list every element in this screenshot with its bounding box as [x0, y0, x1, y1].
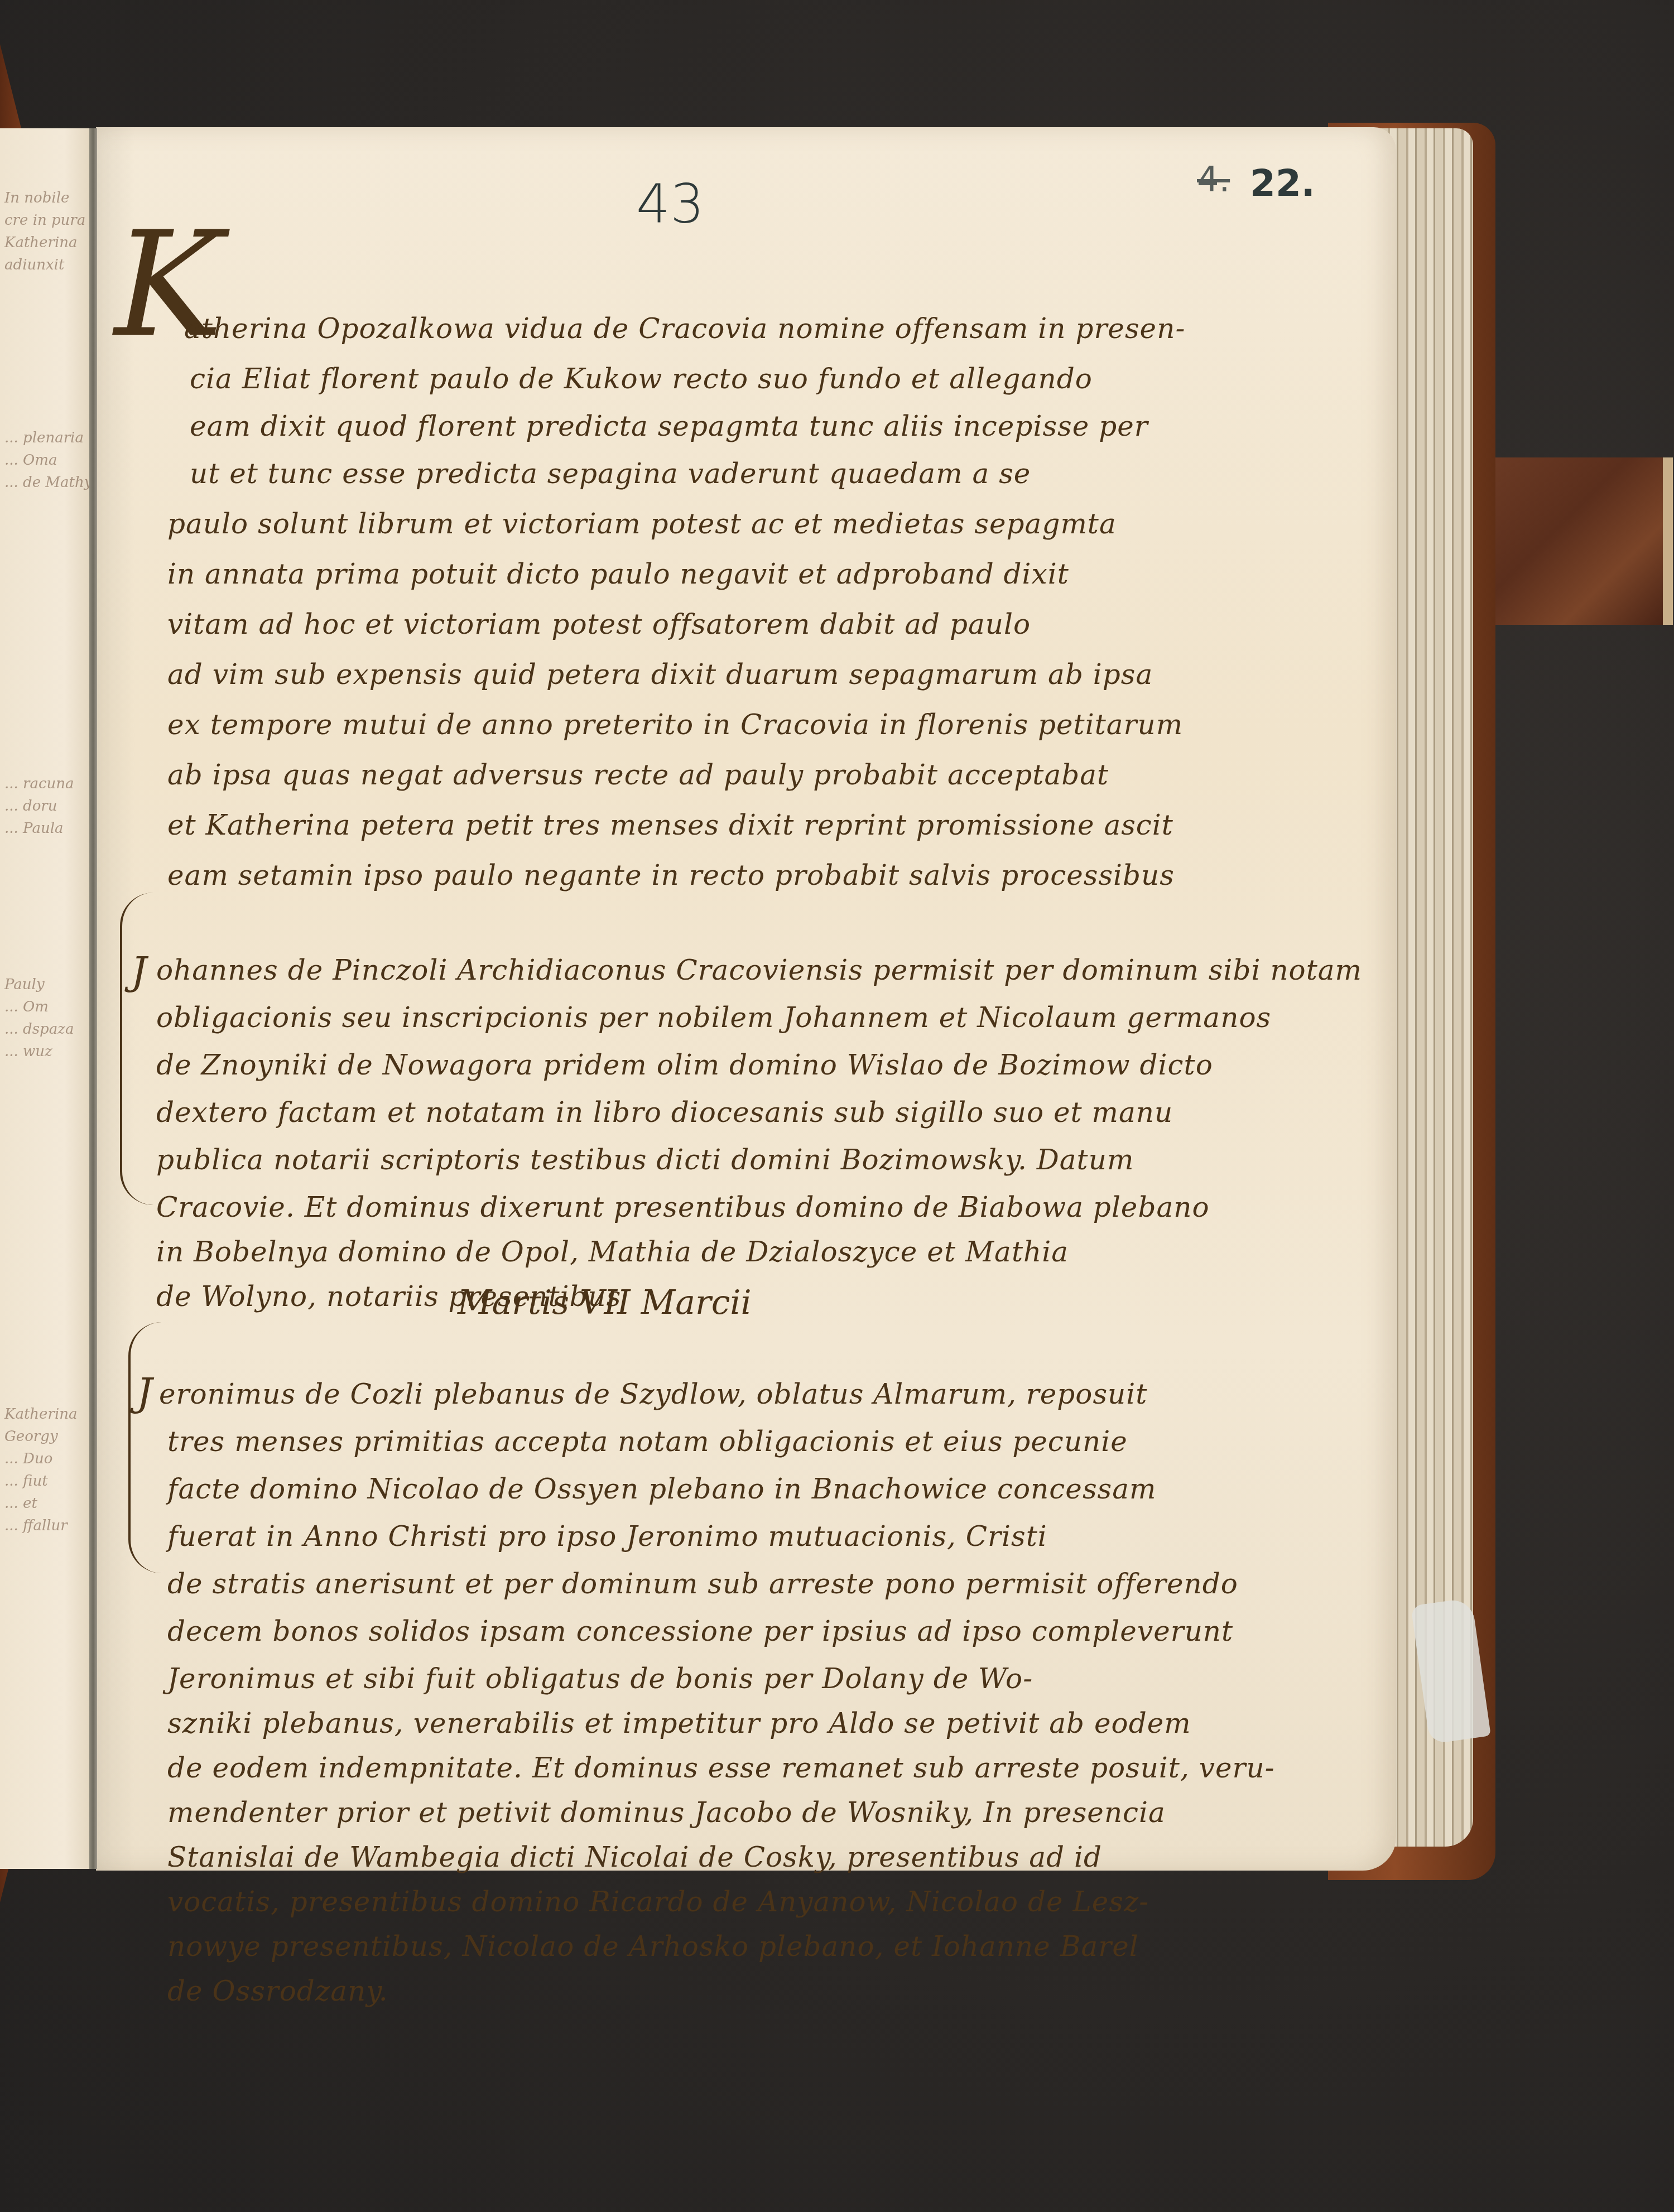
text-line: obligacionis seu inscripcionis per nobil…	[156, 1001, 1271, 1034]
text-line: decem bonos solidos ipsam concessione pe…	[167, 1615, 1233, 1647]
text-line: dextero factam et notatam in libro dioce…	[156, 1096, 1173, 1129]
text-line: de Znoyniki de Nowagora pridem olim domi…	[156, 1049, 1213, 1081]
text-line: eronimus de Cozli plebanus de Szydlow, o…	[159, 1378, 1147, 1410]
entry-initial: J	[137, 1370, 152, 1415]
text-line: Stanislai de Wambegia dicti Nicolai de C…	[167, 1841, 1102, 1873]
margin-note: ... Oma	[4, 452, 57, 469]
text-line: in annata prima potuit dicto paulo negav…	[167, 558, 1069, 590]
margin-note: ... ffallur	[4, 1517, 68, 1534]
margin-note: ... Duo	[4, 1450, 52, 1467]
margin-note: adiunxit	[4, 257, 64, 273]
previous-page-edge: In nobile cre in pura Katherina adiunxit…	[0, 128, 92, 1869]
text-line: ut et tunc esse predicta sepagina vaderu…	[190, 457, 1031, 490]
text-line: de stratis anerisunt et per dominum sub …	[167, 1568, 1238, 1600]
text-line: ad vim sub expensis quid petera dixit du…	[167, 658, 1153, 691]
old-folio-number-struck: 4.	[1197, 159, 1230, 200]
text-line: paulo solunt librum et victoriam potest …	[167, 508, 1117, 540]
text-line: Jeronimus et sibi fuit obligatus de boni…	[167, 1662, 1033, 1695]
text-line: szniki plebanus, venerabilis et impetitu…	[167, 1707, 1191, 1739]
margin-note: ... doru	[4, 798, 57, 815]
margin-note: Katherina	[4, 234, 78, 251]
entry-initial: J	[131, 948, 147, 994]
text-line: Cracovie. Et dominus dixerunt presentibu…	[156, 1191, 1210, 1223]
text-line: eam dixit quod florent predicta sepagmta…	[190, 410, 1148, 442]
margin-note: ... plenaria	[4, 430, 84, 446]
text-line: mendenter prior et petivit dominus Jacob…	[167, 1796, 1166, 1829]
margin-note: Georgy	[4, 1428, 58, 1445]
margin-note: ... dspaza	[4, 1021, 74, 1038]
text-line: vitam ad hoc et victoriam potest offsato…	[167, 608, 1031, 640]
text-line: nowye presentibus, Nicolao de Arhosko pl…	[167, 1930, 1139, 1963]
date-heading: Martis VII Marcii	[458, 1283, 752, 1322]
text-line: vocatis, presentibus domino Ricardo de A…	[167, 1886, 1149, 1918]
leather-clasp-strap	[1495, 457, 1673, 625]
entry-bracket	[120, 893, 156, 1205]
folio-stamp: 22.	[1250, 162, 1315, 205]
text-line: eam setamin ipso paulo negante in recto …	[167, 859, 1175, 891]
text-line: de Ossrodzany.	[167, 1975, 388, 2007]
text-line: tres menses primitias accepta notam obli…	[167, 1425, 1128, 1458]
text-line: facte domino Nicolao de Ossyen plebano i…	[167, 1473, 1156, 1505]
book-gutter	[89, 128, 97, 1869]
text-line: et Katherina petera petit tres menses di…	[167, 809, 1173, 841]
text-line: in Bobelnya domino de Opol, Mathia de Dz…	[156, 1236, 1069, 1268]
margin-note: ... fiut	[4, 1473, 48, 1490]
margin-note: cre in pura	[4, 212, 85, 229]
text-line: fuerat in Anno Christi pro ipso Jeronimo…	[167, 1520, 1047, 1553]
entry-bracket	[128, 1322, 170, 1573]
margin-note: Katherina	[4, 1406, 78, 1423]
text-line: publica notarii scriptoris testibus dict…	[156, 1144, 1134, 1176]
folio-number: 43	[636, 173, 704, 235]
text-line: de eodem indempnitate. Et dominus esse r…	[167, 1752, 1275, 1784]
margin-note: ... Paula	[4, 820, 63, 837]
margin-note: ... racuna	[4, 775, 74, 792]
margin-note: Pauly	[4, 976, 45, 993]
text-line: ab ipsa quas negat adversus recte ad pau…	[167, 759, 1109, 791]
margin-note: In nobile	[4, 190, 69, 206]
margin-note: ... de Mathy	[4, 474, 92, 491]
text-line: atherina Opozalkowa vidua de Cracovia no…	[184, 312, 1185, 345]
text-line: ohannes de Pinczoli Archidiaconus Cracov…	[156, 954, 1362, 986]
margin-note: ... Om	[4, 999, 49, 1015]
text-line: cia Eliat florent paulo de Kukow recto s…	[190, 363, 1093, 395]
margin-note: ... wuz	[4, 1043, 52, 1060]
margin-note: ... et	[4, 1495, 37, 1512]
text-line: ex tempore mutui de anno preterito in Cr…	[167, 709, 1183, 741]
